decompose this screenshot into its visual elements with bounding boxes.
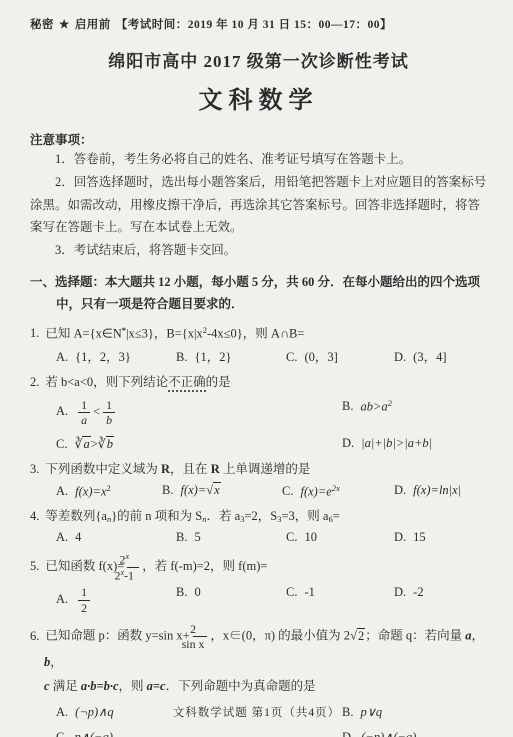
cube-root-icon: ∛: [98, 437, 106, 451]
star-icon: ★: [59, 19, 70, 31]
option-value: 0: [194, 585, 200, 599]
stem-text: =: [333, 509, 340, 523]
option-label: B.: [162, 483, 173, 497]
option-a: A.f(x)=x2: [56, 483, 162, 500]
fraction: 12: [78, 585, 90, 615]
question-number: 2.: [30, 375, 39, 389]
notice-heading: 注意事项：: [30, 130, 487, 148]
option-formula: f(x)=: [180, 483, 206, 497]
superscript: 2x: [332, 483, 340, 493]
question-number: 3.: [30, 462, 39, 476]
subject-title: 文科数学: [30, 80, 487, 115]
option-a: A.{1，2，3}: [56, 347, 176, 365]
question-3: 3.下列函数中定义域为 R，且在 R 上单调递增的是 A.f(x)=x2 B.f…: [30, 459, 487, 499]
option-d: D.(¬p)∧(¬q): [342, 729, 487, 737]
stem-text: -4x≤0}，则 A∩B=: [207, 326, 304, 340]
stem-text: 满足: [50, 679, 81, 693]
option-value: {1，2，3}: [75, 350, 131, 364]
question-4-options: A.4 B.5 C.10 D.15: [56, 530, 487, 545]
sqrt-icon: √: [350, 629, 357, 643]
exam-title: 绵阳市高中 2017 级第一次诊断性考试: [30, 47, 487, 72]
question-number: 4.: [30, 509, 39, 523]
set-R-symbol: R: [211, 462, 220, 476]
option-label: A.: [56, 484, 68, 498]
option-formula: (¬p)∧(¬q): [361, 730, 416, 737]
option-value: 15: [413, 530, 426, 544]
option-c: C.(0，3]: [286, 347, 394, 365]
denominator: b: [103, 412, 115, 427]
question-2-options: A.1a<1b B.ab>a2 C.∛a>∛b D.|a|+|b|>|a+b|: [56, 398, 487, 453]
option-label: A.: [56, 530, 68, 544]
stem-text: =3，则 a: [281, 509, 328, 523]
option-label: C.: [56, 730, 67, 737]
question-5-options: A.12 B.0 C.-1 D.-2: [56, 585, 487, 615]
page-footer: 文科数学试题 第1页（共4页）: [0, 704, 513, 720]
option-a: A.12: [56, 585, 176, 615]
stem-text: 已知函数 f(x)=: [45, 559, 124, 573]
option-b: B.f(x)=√x: [162, 483, 282, 500]
option-b: B.{1，2}: [176, 347, 286, 365]
section-heading: 一、选择题：本大题共 12 小题，每小题 5 分，共 60 分．在每小题给出的四…: [30, 271, 487, 316]
option-label: D.: [394, 350, 406, 364]
option-formula: f(x)=ln|x|: [413, 483, 461, 497]
option-formula: p∧(¬q): [74, 730, 112, 737]
option-d: D.(3，4]: [394, 347, 487, 365]
stem-text: 的是: [206, 375, 231, 389]
option-label: B.: [176, 530, 187, 544]
numerator: 1: [103, 398, 115, 412]
option-d: D.f(x)=ln|x|: [394, 483, 487, 500]
security-header: 秘密★启用前【考试时间：2019 年 10 月 31 日 15：00—17：00…: [30, 16, 487, 32]
stem-text: ，若 f(-m)=2，则 f(m)=: [142, 559, 267, 573]
numerator: 1: [78, 585, 90, 599]
question-number: 6.: [30, 629, 39, 643]
stem-text: ；命题 q：若向量: [365, 629, 465, 643]
vector-equation: a·b=b·c: [81, 679, 119, 693]
option-b: B.ab>a2: [342, 398, 487, 428]
option-value: {1，2}: [194, 350, 231, 364]
option-c: C.10: [286, 530, 394, 545]
stem-text: 已知命题 p：函数 y=sin x+: [45, 629, 189, 643]
stem-text: ，则: [119, 679, 147, 693]
option-c: C.∛a>∛b: [56, 436, 342, 452]
option-formula: ab>a: [360, 399, 387, 413]
option-label: D.: [394, 530, 406, 544]
option-label: C.: [286, 585, 297, 599]
stem-text: ，x∈(0，π) 的最小值为 2: [210, 629, 350, 643]
option-b: B.0: [176, 585, 286, 615]
stage-label: 启用前: [75, 19, 111, 31]
option-label: C.: [286, 530, 297, 544]
option-value: -1: [304, 585, 314, 599]
option-label: C.: [282, 484, 293, 498]
radicand: 2: [357, 628, 365, 643]
superscript: 2: [107, 483, 111, 493]
question-2-stem: 2.若 b<a<0，则下列结论不正确的是: [30, 372, 487, 393]
option-value: 10: [304, 530, 317, 544]
denominator: 2x-1: [127, 567, 139, 583]
comma: ，: [471, 629, 484, 643]
option-a: A.1a<1b: [56, 398, 342, 428]
superscript: 2: [388, 398, 392, 408]
option-b: B.5: [176, 530, 286, 545]
option-label: A.: [56, 592, 68, 606]
fraction: 1a: [78, 398, 90, 428]
option-value: 4: [75, 530, 81, 544]
option-value: (0，3]: [304, 350, 337, 364]
option-label: B.: [176, 350, 187, 364]
exam-paper-page: 秘密★启用前【考试时间：2019 年 10 月 31 日 15：00—17：00…: [0, 0, 513, 737]
option-d: D.15: [394, 530, 487, 545]
stem-text: ．若 a: [207, 509, 241, 523]
stem-text: 上单调递增的是: [220, 462, 311, 476]
stem-text: }的前 n 项和为 S: [111, 509, 202, 523]
option-label: C.: [286, 350, 297, 364]
fraction: 2sin x: [193, 622, 208, 652]
comma: ，: [50, 655, 63, 669]
question-5: 5.已知函数 f(x)=2x2x-1，若 f(-m)=2，则 f(m)= A.1…: [30, 552, 487, 615]
question-2: 2.若 b<a<0，则下列结论不正确的是 A.1a<1b B.ab>a2 C.∛…: [30, 372, 487, 452]
radicand: a: [82, 436, 90, 451]
option-label: D.: [394, 483, 406, 497]
option-formula: f(x)=x: [75, 484, 106, 498]
denominator: 2: [78, 600, 90, 615]
question-5-stem: 5.已知函数 f(x)=2x2x-1，若 f(-m)=2，则 f(m)=: [30, 552, 487, 582]
option-value: (3，4]: [413, 350, 446, 364]
option-c: C.-1: [286, 585, 394, 615]
set-R-symbol: R: [161, 462, 170, 476]
denominator: sin x: [193, 636, 208, 651]
option-c: C.f(x)=e2x: [282, 483, 394, 500]
option-label: D.: [342, 436, 354, 450]
notice-item-3: 3．考试结束后，将答题卡交回。: [30, 239, 487, 262]
option-label: B.: [176, 585, 187, 599]
less-than-sign: <: [93, 404, 100, 418]
option-value: 5: [194, 530, 200, 544]
superscript: x: [125, 552, 129, 561]
question-number: 1.: [30, 326, 39, 340]
stem-text: 下列函数中定义域为: [45, 462, 161, 476]
stem-text: |x≤3}，B={x|x: [126, 326, 203, 340]
stem-text: ．下列命题中为真命题的是: [166, 679, 316, 693]
question-4: 4.等差数列{an}的前 n 项和为 Sn．若 a3=2，S3=3，则 a6= …: [30, 506, 487, 545]
option-label: D.: [394, 585, 406, 599]
security-label: 秘密: [30, 19, 54, 31]
denominator-rest: -1: [124, 568, 134, 582]
fraction: 2x2x-1: [127, 552, 139, 582]
option-label: A.: [56, 350, 68, 364]
numerator: 2: [193, 622, 208, 636]
option-label: B.: [342, 399, 353, 413]
emphasized-text: 不正确: [168, 375, 206, 392]
stem-text: 已知 A={x∈N: [45, 326, 121, 340]
question-number: 5.: [30, 559, 39, 573]
denominator: a: [78, 412, 90, 427]
numerator: 1: [78, 398, 90, 412]
exam-time-label: 【考试时间：2019 年 10 月 31 日 15：00—17：00】: [116, 19, 392, 31]
stem-text: 若 b<a<0，则下列结论: [45, 375, 168, 389]
vector-equation: a=c: [147, 679, 166, 693]
radicand: x: [213, 482, 221, 497]
question-1-stem: 1.已知 A={x∈N*|x≤3}，B={x|x2-4x≤0}，则 A∩B=: [30, 323, 487, 344]
stem-text: 等差数列{a: [45, 509, 107, 523]
radicand: b: [106, 436, 114, 451]
option-value: -2: [413, 585, 423, 599]
question-3-options: A.f(x)=x2 B.f(x)=√x C.f(x)=e2x D.f(x)=ln…: [56, 483, 487, 500]
question-6-stem: 6.已知命题 p：函数 y=sin x+2sin x，x∈(0，π) 的最小值为…: [30, 622, 487, 699]
fraction: 1b: [103, 398, 115, 428]
option-label: A.: [56, 404, 68, 418]
option-label: D.: [342, 730, 354, 737]
question-1: 1.已知 A={x∈N*|x≤3}，B={x|x2-4x≤0}，则 A∩B= A…: [30, 323, 487, 365]
numerator: 2x: [127, 552, 139, 567]
notice-item-1: 1．答卷前，考生务必将自己的姓名、准考证号填写在答题卡上。: [30, 148, 487, 171]
question-1-options: A.{1，2，3} B.{1，2} C.(0，3] D.(3，4]: [56, 347, 487, 365]
stem-text: ，且在: [170, 462, 211, 476]
option-c: C.p∧(¬q): [56, 729, 342, 737]
question-3-stem: 3.下列函数中定义域为 R，且在 R 上单调递增的是: [30, 459, 487, 480]
greater-than-sign: >: [91, 437, 98, 451]
question-4-stem: 4.等差数列{an}的前 n 项和为 Sn．若 a3=2，S3=3，则 a6=: [30, 506, 487, 527]
option-label: C.: [56, 437, 67, 451]
option-d: D.|a|+|b|>|a+b|: [342, 436, 487, 452]
option-formula: f(x)=e: [300, 484, 331, 498]
stem-text: =2，S: [244, 509, 277, 523]
option-formula: |a|+|b|>|a+b|: [361, 436, 432, 450]
notice-item-2: 2．回答选择题时，选出每小题答案后，用铅笔把答题卡上对应题目的答案标号涂黑。如需…: [30, 171, 487, 239]
option-d: D.-2: [394, 585, 487, 615]
option-a: A.4: [56, 530, 176, 545]
